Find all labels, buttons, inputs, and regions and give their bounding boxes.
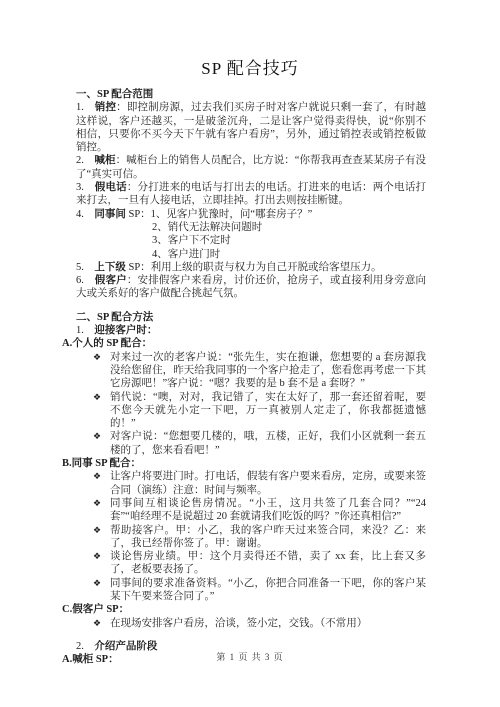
- text-segment: A.个人的 SP 配合：: [62, 338, 152, 349]
- text-segment: ：分打进来的电话与打出去的电话。打进来的电话：两个电话打来打去，一旦有人接电话，…: [76, 182, 426, 206]
- text-segment: 对来过一次的老客户说：“张先生，实在抱谦，您想要的 a 套房源我没给您留住，昨天…: [110, 352, 426, 390]
- text-segment: 4.: [76, 209, 94, 220]
- text-segment: 谈论售房业绩。甲：这个月卖得还不错，卖了 xx 套，比上套又多了，老板要表扬了。: [110, 551, 426, 575]
- letter-heading: B.同事 SP 配合：: [62, 457, 426, 470]
- page-title: SP 配合技巧: [0, 54, 500, 79]
- section-heading: 二、SP 配合方法: [62, 311, 426, 324]
- document-page: SP 配合技巧 一、SP 配合范围1. 销控：即控制房源，过去我们买房子时对客户…: [0, 0, 500, 707]
- bullet-item: ❖对客户说：“您想要几楼的，哦，五楼，正好，我们小区就剩一套五楼的了，您来看看吧…: [62, 430, 426, 457]
- text-segment: 1.: [76, 102, 95, 113]
- letter-heading: C.假客户 SP：: [62, 603, 426, 616]
- text-segment: 同事间互相谈论售房情况。“小王，这月共签了几套合同？”“24 套”“咱经理不是说…: [110, 498, 426, 522]
- paragraph: 5. 上下级 SP：利用上级的职责与权力为自己开脱或给客望压力。: [62, 261, 426, 274]
- text-segment: B.同事 SP 配合：: [62, 458, 141, 469]
- sub-item: 2、销代无法解决问题时: [62, 221, 426, 234]
- paragraph: 6. 假客户：安排假客户来看房，讨价还价，抢房子，或直接利用身旁意向大或关系好的…: [62, 274, 426, 301]
- bullet-item: ❖同事间的要求准备资料。“小乙，你把合同准备一下吧，你的客户某某下午要来签合同了…: [62, 577, 426, 604]
- paragraph: 1. 迎接客户时：: [62, 324, 426, 337]
- text-segment: 一、SP 配合范围: [76, 89, 153, 100]
- text-segment: 假电话: [95, 182, 127, 193]
- bullet-diamond-icon: ❖: [93, 525, 101, 538]
- bullet-diamond-icon: ❖: [93, 578, 101, 591]
- text-segment: ：即控制房源，过去我们买房子时对客户就说只剩一套了，有时越这样说，客户还越买，一…: [76, 102, 426, 153]
- bullet-diamond-icon: ❖: [93, 392, 101, 405]
- bullet-diamond-icon: ❖: [93, 498, 101, 511]
- spacer: [62, 301, 426, 311]
- paragraph: 4. 同事间 SP：1、见客户犹豫时，问“哪套房子？”: [62, 208, 426, 221]
- text-segment: 1.: [76, 325, 94, 336]
- text-segment: 上下级: [94, 262, 126, 273]
- text-segment: 让客户将要进门时。打电话，假装有客户要来看房，定房，或要来签合同（演练）注意：时…: [110, 471, 426, 495]
- text-segment: 4、客户进门时: [152, 249, 220, 260]
- bullet-diamond-icon: ❖: [93, 618, 101, 631]
- text-segment: 同事间的要求准备资料。“小乙，你把合同准备一下吧，你的客户某某下午要来签合同了。…: [110, 578, 426, 602]
- text-segment: 在现场安排客户看房，洽谈，签小定，交钱。（不常用）: [110, 618, 367, 629]
- text-segment: 2、销代无法解决问题时: [152, 222, 262, 233]
- bullet-diamond-icon: ❖: [93, 352, 101, 365]
- text-segment: 6.: [76, 275, 95, 286]
- bullet-diamond-icon: ❖: [93, 551, 101, 564]
- section-heading: 一、SP 配合范围: [62, 88, 426, 101]
- spacer: [62, 630, 426, 640]
- bullet-item: ❖对来过一次的老客户说：“张先生，实在抱谦，您想要的 a 套房源我没给您留住，昨…: [62, 351, 426, 391]
- text-segment: 帮助接客户。甲：小乙，我的客户昨天过来签合同，来没？乙：来了，我已经帮你签了。甲…: [110, 525, 426, 549]
- letter-heading: A.个人的 SP 配合：: [62, 337, 426, 350]
- text-segment: C.假客户 SP：: [62, 604, 129, 615]
- text-segment: 3、客户下不定时: [152, 235, 231, 246]
- text-segment: 5.: [76, 262, 94, 273]
- text-segment: 对客户说：“您想要几楼的，哦，五楼，正好，我们小区就剩一套五楼的了，您来看看吧！…: [110, 431, 426, 455]
- text-segment: 3.: [76, 182, 95, 193]
- text-segment: 假客户: [95, 275, 127, 286]
- bullet-item: ❖在现场安排客户看房，洽谈，签小定，交钱。（不常用）: [62, 617, 426, 630]
- sub-item: 3、客户下不定时: [62, 234, 426, 247]
- bullet-item: ❖让客户将要进门时。打电话，假装有客户要来看房，定房，或要来签合同（演练）注意：…: [62, 470, 426, 497]
- paragraph: 1. 销控：即控制房源，过去我们买房子时对客户就说只剩一套了，有时越这样说，客户…: [62, 101, 426, 154]
- document-body: 一、SP 配合范围1. 销控：即控制房源，过去我们买房子时对客户就说只剩一套了，…: [62, 88, 426, 666]
- text-segment: 迎接客户时：: [94, 325, 157, 336]
- bullet-item: ❖销代说：“噢，对对，我记错了，实在太好了，那一套还留着呢，要不您今天就先小定一…: [62, 391, 426, 431]
- sub-item: 4、客户进门时: [62, 248, 426, 261]
- paragraph: 2. 喊柜：喊柜台上的销售人员配合，比方说：“你帮我再查查某某房子有没了“真实可…: [62, 154, 426, 181]
- bullet-diamond-icon: ❖: [93, 471, 101, 484]
- text-segment: ：安排假客户来看房，讨价还价，抢房子，或直接利用身旁意向大或关系好的客户做配合挑…: [76, 275, 426, 299]
- bullet-item: ❖同事间互相谈论售房情况。“小王，这月共签了几套合同？”“24 套”“咱经理不是…: [62, 497, 426, 524]
- page-footer: 第 1 页 共 3 页: [0, 650, 500, 663]
- text-segment: 销代说：“噢，对对，我记错了，实在太好了，那一套还留着呢，要不您今天就先小定一下…: [110, 392, 426, 430]
- text-segment: 二、SP 配合方法: [76, 312, 153, 323]
- text-segment: ：喊柜台上的销售人员配合，比方说：“你帮我再查查某某房子有没了“真实可信。: [76, 155, 426, 179]
- bullet-diamond-icon: ❖: [93, 431, 101, 444]
- text-segment: 同事间: [94, 209, 126, 220]
- paragraph: 3. 假电话：分打进来的电话与打出去的电话。打进来的电话：两个电话打来打去，一旦…: [62, 181, 426, 208]
- text-segment: 喊柜: [94, 155, 115, 166]
- bullet-item: ❖谈论售房业绩。甲：这个月卖得还不错，卖了 xx 套，比上套又多了，老板要表扬了…: [62, 550, 426, 577]
- bullet-item: ❖帮助接客户。甲：小乙，我的客户昨天过来签合同，来没？乙：来了，我已经帮你签了。…: [62, 524, 426, 551]
- text-segment: 销控: [95, 102, 116, 113]
- text-segment: SP：1、见客户犹豫时，问“哪套房子？”: [126, 209, 312, 220]
- text-segment: 2.: [76, 155, 94, 166]
- text-segment: SP：利用上级的职责与权力为自己开脱或给客望压力。: [126, 262, 382, 273]
